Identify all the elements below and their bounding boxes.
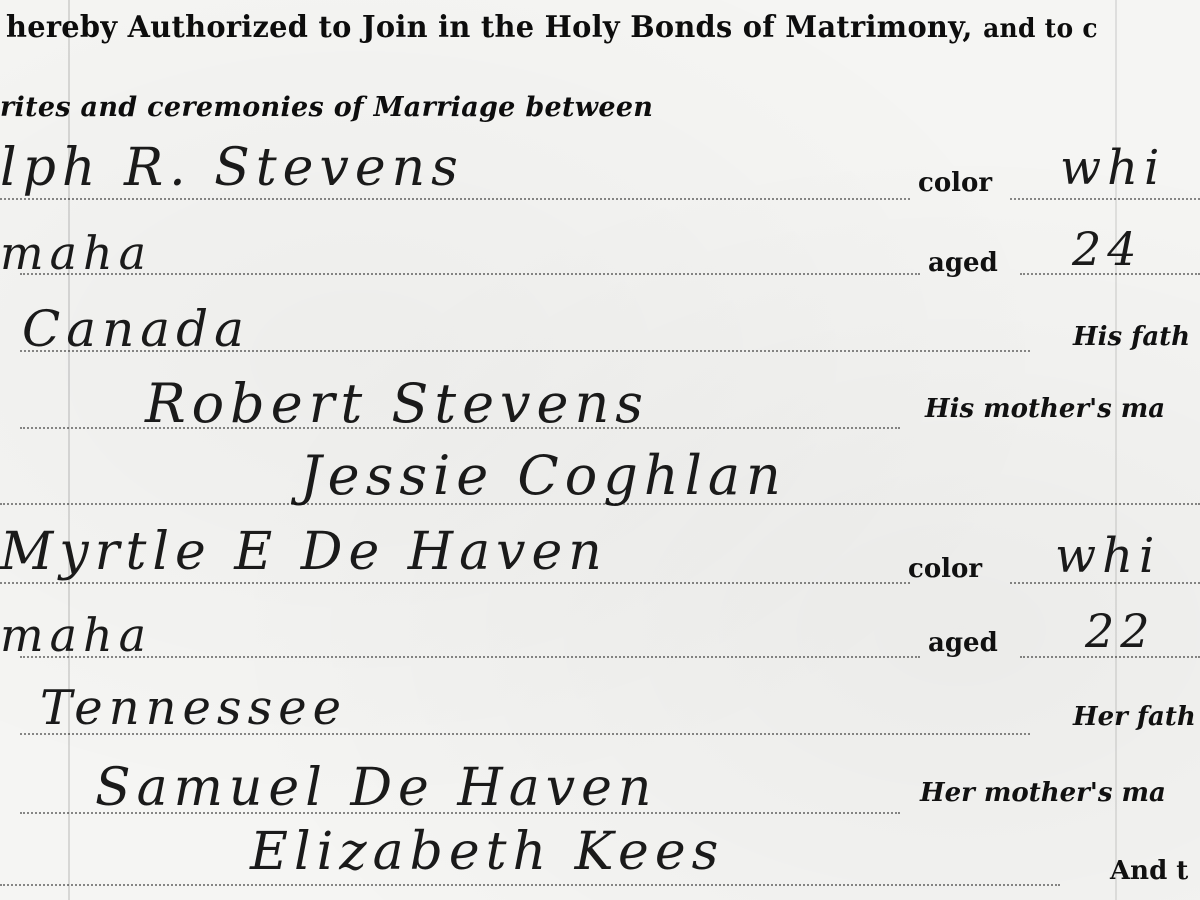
bride-color-value: whi bbox=[1055, 528, 1160, 584]
groom-color-line bbox=[1010, 198, 1200, 200]
bride-birthplace: Tennessee bbox=[40, 680, 347, 736]
bride-mother-line bbox=[0, 884, 1060, 886]
groom-residence: maha bbox=[0, 226, 152, 280]
bride-name-line bbox=[0, 582, 910, 584]
groom-age: 24 bbox=[1072, 222, 1143, 276]
groom-name: lph R. Stevens bbox=[0, 138, 464, 198]
groom-father-line bbox=[20, 427, 900, 429]
fold-crease bbox=[68, 0, 70, 900]
groom-father-label: His fath bbox=[1073, 322, 1190, 352]
header-tail-text: and to c bbox=[983, 14, 1098, 44]
bride-mother-name: Elizabeth Kees bbox=[250, 822, 724, 882]
bride-father-label: Her fath bbox=[1073, 702, 1196, 732]
header-line-2: rites and ceremonies of Marriage between bbox=[0, 92, 653, 123]
bride-residence: maha bbox=[0, 608, 152, 662]
fold-crease bbox=[1115, 0, 1117, 900]
groom-name-line bbox=[0, 198, 910, 200]
groom-aged-label: aged bbox=[928, 248, 998, 278]
groom-mother-label: His mother's ma bbox=[925, 394, 1165, 424]
bride-residence-line bbox=[20, 656, 920, 658]
header-line-1: hereby Authorized to Join in the Holy Bo… bbox=[6, 10, 1098, 45]
document-page: hereby Authorized to Join in the Holy Bo… bbox=[0, 0, 1200, 900]
bride-father-line bbox=[20, 812, 900, 814]
groom-color-label: color bbox=[918, 168, 992, 198]
bride-father-name: Samuel De Haven bbox=[95, 758, 657, 818]
bride-birthplace-line bbox=[20, 733, 1030, 735]
groom-mother-line bbox=[0, 503, 1200, 505]
groom-residence-line bbox=[20, 273, 920, 275]
closing-label: And t bbox=[1110, 856, 1188, 886]
bride-aged-label: aged bbox=[928, 628, 998, 658]
bride-name: Myrtle E De Haven bbox=[0, 522, 608, 582]
header-authorization-text: hereby Authorized to Join in the Holy Bo… bbox=[6, 10, 973, 45]
bride-color-label: color bbox=[908, 554, 982, 584]
groom-father-name: Robert Stevens bbox=[145, 372, 649, 435]
groom-birthplace-line bbox=[20, 350, 1030, 352]
bride-mother-label: Her mother's ma bbox=[920, 778, 1166, 808]
bride-age: 22 bbox=[1085, 604, 1156, 658]
groom-color-value: whi bbox=[1060, 140, 1165, 196]
groom-mother-name: Jessie Coghlan bbox=[300, 444, 787, 507]
